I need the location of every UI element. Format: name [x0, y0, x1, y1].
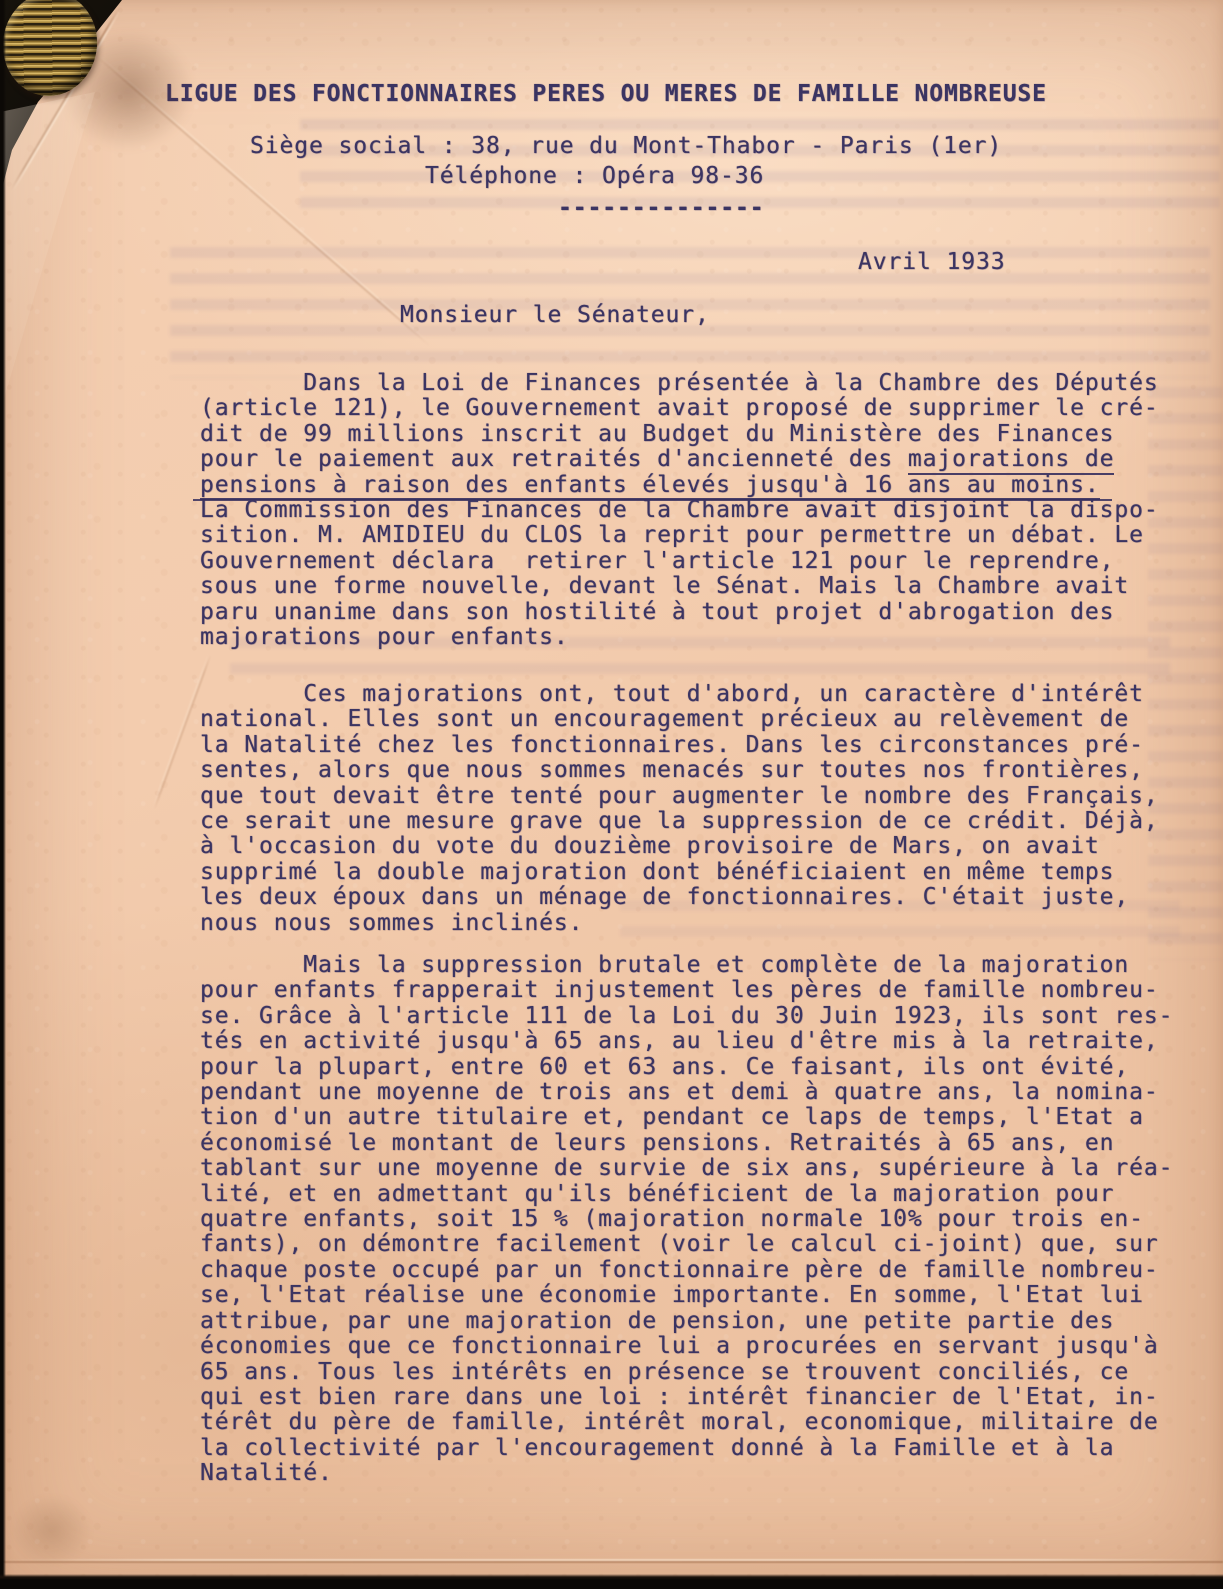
text-line: économies que ce fonctionnaire lui a pro…	[200, 1334, 1159, 1359]
text-line: sous une forme nouvelle, devant le Sénat…	[200, 574, 1129, 599]
letter-date: Avril 1933	[858, 250, 1005, 275]
text-line: attribue, par une majoration de pension,…	[200, 1309, 1114, 1334]
text-line: se. Grâce à l'article 111 de la Loi du 3…	[200, 1004, 1173, 1029]
text-line: à l'occasion du vote du douzième proviso…	[200, 834, 1100, 859]
address-line: Siège social : 38, rue du Mont-Thabor - …	[250, 134, 1002, 159]
paragraph-3: Mais la suppression brutale et complète …	[200, 953, 1173, 1487]
text-line: tés en activité jusqu'à 65 ans, au lieu …	[200, 1029, 1159, 1054]
text-line: la Natalité chez les fonctionnaires. Dan…	[200, 733, 1144, 758]
organization-name: LIGUE DES FONCTIONNAIRES PERES OU MERES …	[165, 82, 1047, 107]
text-line: tion d'un autre titulaire et, pendant ce…	[200, 1105, 1144, 1130]
scanned-letter-page: LIGUE DES FONCTIONNAIRES PERES OU MERES …	[0, 0, 1223, 1589]
text-line: ce serait une mesure grave que la suppre…	[200, 809, 1159, 834]
bleed-through-ghost-text	[1148, 380, 1223, 960]
text-line: térêt du père de famille, intérêt moral,…	[200, 1410, 1159, 1435]
text-line: qui est bien rare dans une loi : intérêt…	[200, 1385, 1159, 1410]
text-line: majorations pour enfants.	[200, 625, 569, 650]
text-line: pour la plupart, entre 60 et 63 ans. Ce …	[200, 1055, 1129, 1080]
text-line: sition. M. AMIDIEU du CLOS la reprit pou…	[200, 523, 1144, 548]
text-line: pour le paiement aux retraités d'ancienn…	[200, 447, 1114, 472]
crease-line	[0, 1561, 1223, 1563]
dashed-separator: --------------	[558, 196, 764, 221]
text-line: quatre enfants, soit 15 % (majoration no…	[200, 1207, 1144, 1232]
text-line: pensions à raison des enfants élevés jus…	[200, 473, 1100, 498]
text-line: économisé le montant de leurs pensions. …	[200, 1131, 1114, 1156]
text-line: Natalité.	[200, 1461, 333, 1486]
paragraph-2: Ces majorations ont, tout d'abord, un ca…	[200, 682, 1159, 936]
underlined-text: majorations de	[908, 446, 1114, 475]
text-line: nous nous sommes inclinés.	[200, 911, 583, 936]
text-line: se, l'Etat réalise une économie importan…	[200, 1283, 1144, 1308]
text-line: tablant sur une moyenne de survie de six…	[200, 1156, 1173, 1181]
text-line: (article 121), le Gouvernement avait pro…	[200, 396, 1159, 421]
scan-edge-left	[0, 0, 6, 1589]
text-line: Gouvernement déclara retirer l'article 1…	[200, 549, 1114, 574]
text-line: que tout devait être tenté pour augmente…	[200, 784, 1159, 809]
text-line: fants), on démontre facilement (voir le …	[200, 1232, 1159, 1257]
text-segment: pour le paiement aux retraités d'ancienn…	[200, 446, 908, 472]
text-line: la collectivité par l'encouragement donn…	[200, 1436, 1114, 1461]
salutation: Monsieur le Sénateur,	[400, 303, 710, 328]
text-line: dit de 99 millions inscrit au Budget du …	[200, 422, 1114, 447]
underlined-text: pensions à raison des enfants élevés jus…	[200, 472, 1100, 501]
text-line: chaque poste occupé par un fonctionnaire…	[200, 1258, 1159, 1283]
text-line: sentes, alors que nous sommes menacés su…	[200, 758, 1144, 783]
text-line: Ces majorations ont, tout d'abord, un ca…	[200, 682, 1144, 707]
paper-stain	[12, 1495, 92, 1565]
text-line: supprimé la double majoration dont bénéf…	[200, 860, 1114, 885]
scan-edge-bottom	[0, 1573, 1223, 1589]
text-line: lité, et en admettant qu'ils bénéficient…	[200, 1182, 1114, 1207]
text-line: 65 ans. Tous les intérêts en présence se…	[200, 1360, 1129, 1385]
text-line: La Commission des Finances de la Chambre…	[200, 498, 1159, 523]
paper-sheet: LIGUE DES FONCTIONNAIRES PERES OU MERES …	[0, 0, 1223, 1589]
phone-line: Téléphone : Opéra 98-36	[425, 164, 764, 189]
text-line: paru unanime dans son hostilité à tout p…	[200, 600, 1114, 625]
text-line: Dans la Loi de Finances présentée à la C…	[200, 371, 1159, 396]
text-line: Mais la suppression brutale et complète …	[200, 953, 1129, 978]
paragraph-1: Dans la Loi de Finances présentée à la C…	[200, 371, 1159, 650]
text-line: pour enfants frapperait injustement les …	[200, 978, 1159, 1003]
text-line: pendant une moyenne de trois ans et demi…	[200, 1080, 1159, 1105]
text-line: national. Elles sont un encouragement pr…	[200, 707, 1129, 732]
text-line: les deux époux dans un ménage de fonctio…	[200, 885, 1129, 910]
